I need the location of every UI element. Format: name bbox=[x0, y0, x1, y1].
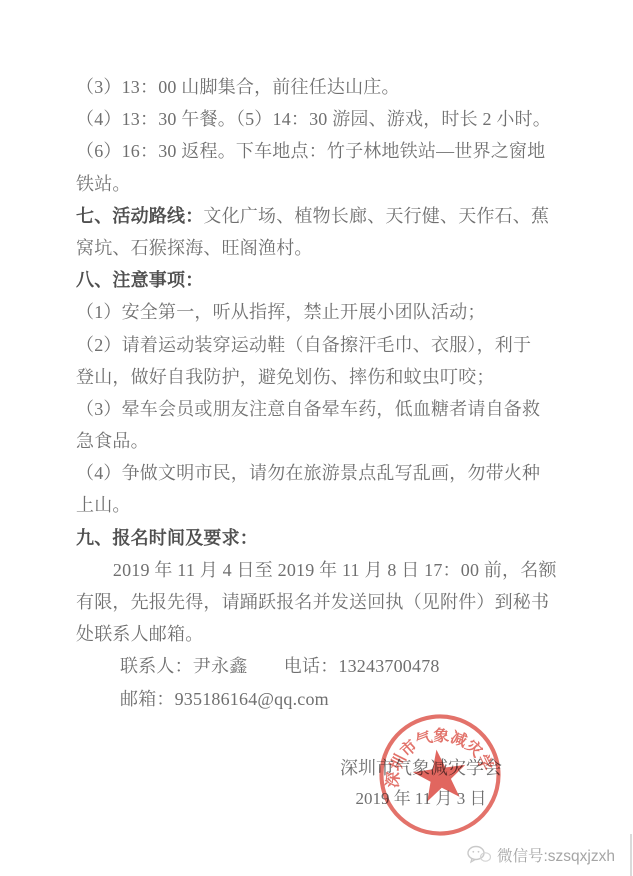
line-text: 邮箱：935186164@qq.com bbox=[120, 689, 329, 709]
line-text: （2）请着运动装穿运动鞋（自备擦汗毛巾、衣服），利于 bbox=[76, 335, 531, 355]
doc-line: 铁站。 bbox=[76, 168, 633, 200]
doc-line: 上山。 bbox=[76, 489, 633, 521]
doc-line: 处联系人邮箱。 bbox=[76, 618, 633, 650]
doc-line-heading-signup: 九、报名时间及要求： bbox=[76, 522, 633, 554]
doc-line: 2019 年 11 月 4 日至 2019 年 11 月 8 日 17：00 前… bbox=[76, 554, 633, 586]
line-text: 铁站。 bbox=[76, 174, 131, 194]
doc-line: （2）请着运动装穿运动鞋（自备擦汗毛巾、衣服），利于 bbox=[76, 329, 633, 361]
wechat-icon bbox=[467, 845, 491, 865]
doc-line: （1）安全第一，听从指挥，禁止开展小团队活动； bbox=[76, 296, 633, 328]
line-text: 处联系人邮箱。 bbox=[76, 624, 203, 644]
doc-line-heading-route: 七、活动路线：文化广场、植物长廊、天行健、天作石、蕉 bbox=[76, 200, 633, 232]
page-edge-line bbox=[630, 834, 632, 876]
doc-line-contact: 联系人：尹永鑫 电话：13243700478 bbox=[120, 650, 633, 682]
doc-line: （4）13：30 午餐。（5）14：30 游园、游戏，时长 2 小时。 bbox=[76, 103, 633, 135]
line-text: 有限，先报先得，请踊跃报名并发送回执（见附件）到秘书 bbox=[76, 592, 549, 612]
heading-label: 八、注意事项： bbox=[76, 270, 203, 290]
line-text: （3）13：00 山脚集合，前往任达山庄。 bbox=[76, 77, 400, 97]
line-text: （6）16：30 返程。下车地点：竹子林地铁站—世界之窗地 bbox=[76, 141, 545, 161]
doc-line: （3）13：00 山脚集合，前往任达山庄。 bbox=[76, 71, 633, 103]
heading-label: 九、报名时间及要求： bbox=[76, 528, 258, 548]
line-text: （4）13：30 午餐。（5）14：30 游园、游戏，时长 2 小时。 bbox=[76, 109, 551, 129]
wechat-watermark: 微信号:szsqxjzxh bbox=[467, 844, 615, 866]
seal-star-icon bbox=[410, 746, 469, 803]
line-text: 联系人：尹永鑫 电话：13243700478 bbox=[120, 656, 440, 676]
line-text: （1）安全第一，听从指挥，禁止开展小团队活动； bbox=[76, 302, 486, 322]
line-text: 2019 年 11 月 4 日至 2019 年 11 月 8 日 17：00 前… bbox=[113, 560, 557, 580]
doc-line: （3）晕车会员或朋友注意自备晕车药，低血糖者请自备救 bbox=[76, 393, 633, 425]
doc-line: 急食品。 bbox=[76, 425, 633, 457]
heading-label: 七、活动路线： bbox=[76, 206, 203, 226]
doc-line: 登山，做好自我防护，避免划伤、摔伤和蚊虫叮咬； bbox=[76, 361, 633, 393]
line-text: （3）晕车会员或朋友注意自备晕车药，低血糖者请自备救 bbox=[76, 399, 540, 419]
document-body: （3）13：00 山脚集合，前往任达山庄。 （4）13：30 午餐。（5）14：… bbox=[76, 71, 633, 715]
doc-line: （6）16：30 返程。下车地点：竹子林地铁站—世界之窗地 bbox=[76, 135, 633, 167]
doc-line: 窝坑、石猴探海、旺阁渔村。 bbox=[76, 232, 633, 264]
line-text: 登山，做好自我防护，避免划伤、摔伤和蚊虫叮咬； bbox=[76, 367, 495, 387]
line-text: 窝坑、石猴探海、旺阁渔村。 bbox=[76, 238, 313, 258]
doc-line-heading-notes: 八、注意事项： bbox=[76, 264, 633, 296]
line-text: 上山。 bbox=[76, 495, 131, 515]
wechat-id-label: 微信号:szsqxjzxh bbox=[497, 844, 615, 866]
scanned-document-page: （3）13：00 山脚集合，前往任达山庄。 （4）13：30 午餐。（5）14：… bbox=[0, 0, 633, 876]
line-text: 文化广场、植物长廊、天行健、天作石、蕉 bbox=[203, 206, 549, 226]
doc-line: （4）争做文明市民，请勿在旅游景点乱写乱画，勿带火种 bbox=[76, 457, 633, 489]
line-text: （4）争做文明市民，请勿在旅游景点乱写乱画，勿带火种 bbox=[76, 463, 540, 483]
official-seal-stamp: 深圳市气象减灾学会 bbox=[353, 688, 527, 862]
doc-line: 有限，先报先得，请踊跃报名并发送回执（见附件）到秘书 bbox=[76, 586, 633, 618]
line-text: 急食品。 bbox=[76, 431, 149, 451]
